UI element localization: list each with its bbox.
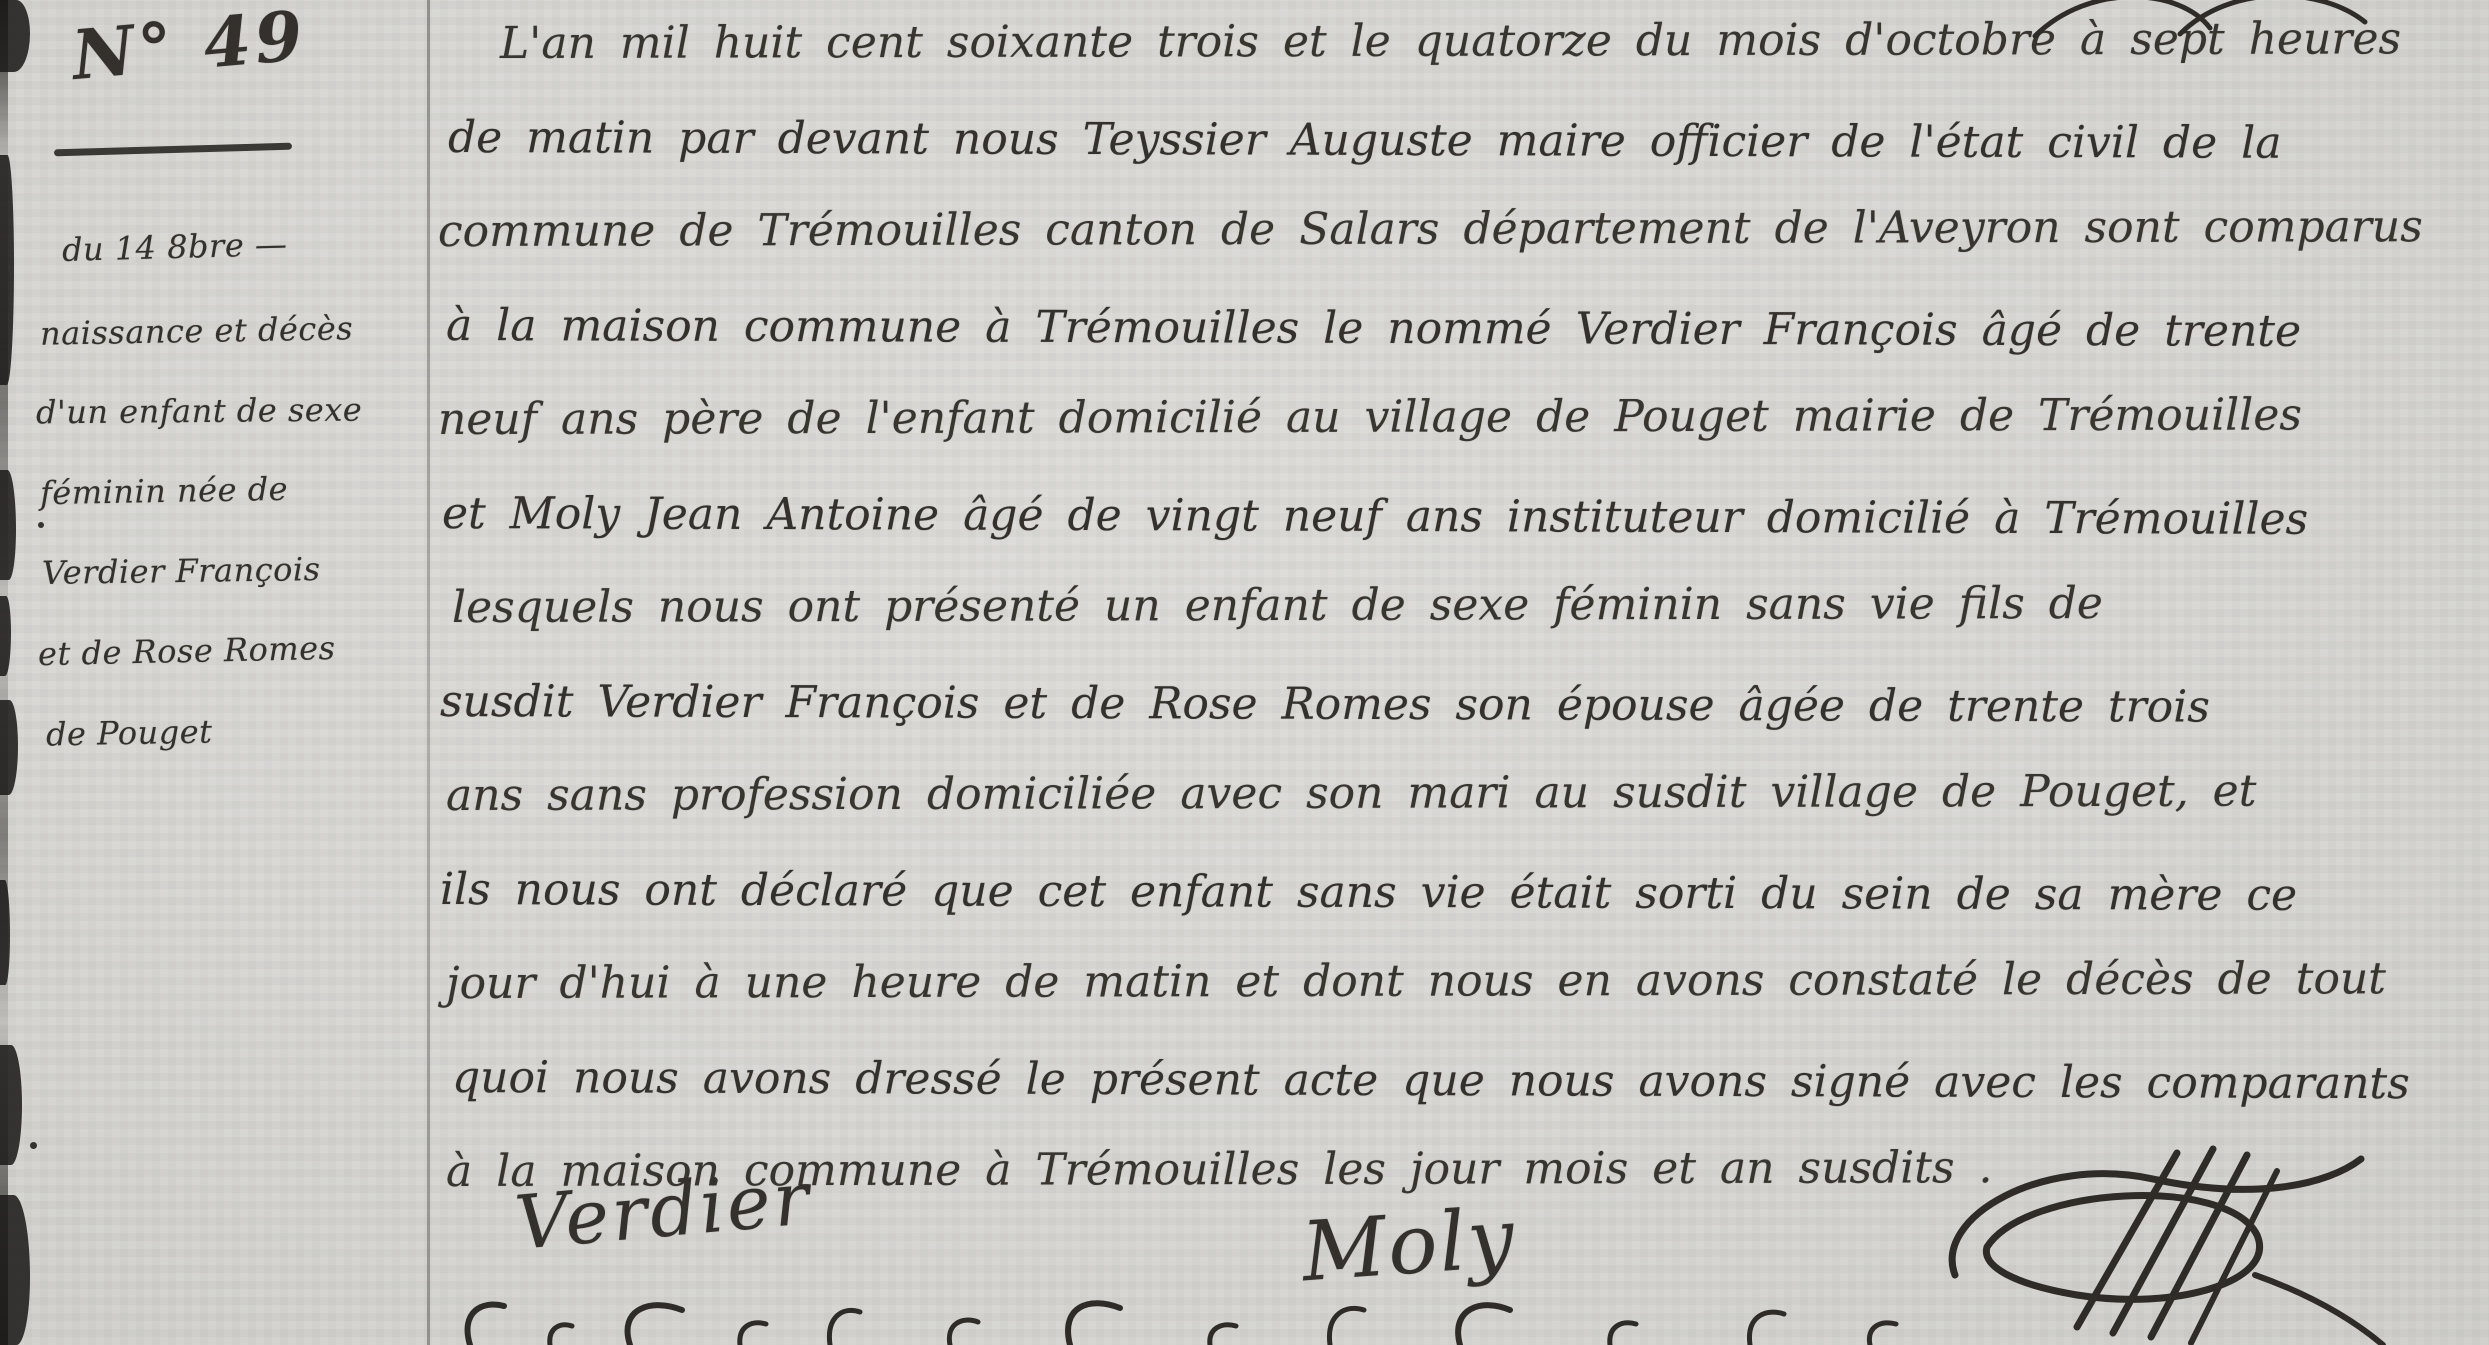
binding-ink-blob (0, 596, 11, 676)
margin-note: Verdier François (42, 550, 321, 592)
body-line: quoi nous avons dressé le présent acte q… (452, 1052, 2410, 1109)
margin-note: féminin née de (40, 470, 289, 512)
binding-ink-blob (0, 1045, 22, 1165)
margin-rule-line (427, 0, 430, 1345)
partial-next-line-strokes (430, 1298, 1930, 1345)
binding-ink-blob (0, 0, 30, 72)
margin-note: et de Rose Romes (38, 629, 336, 673)
margin-note: du 14 8bre — (62, 225, 288, 269)
margin-note: d'un enfant de sexe (36, 391, 363, 432)
document-page: N° 49 du 14 8bre — naissance et décès d'… (0, 0, 2489, 1345)
binding-ink-blob (0, 155, 14, 385)
binding-ink-blob (0, 1195, 30, 1345)
body-line: commune de Trémouilles canton de Salars … (438, 201, 2423, 257)
binding-ink-blob (0, 880, 10, 985)
body-line: neuf ans père de l'enfant domicilié au v… (438, 389, 2302, 445)
body-line: à la maison commune à Trémouilles le nom… (446, 300, 2301, 357)
margin-note: de Pouget (46, 713, 213, 754)
body-line: et Moly Jean Antoine âgé de vingt neuf a… (442, 488, 2308, 545)
body-line: jour d'hui à une heure de matin et dont … (446, 953, 2386, 1009)
top-edge-ink-fragment (2030, 0, 2370, 40)
binding-ink-blob (0, 470, 16, 580)
ink-speck (38, 522, 44, 528)
body-line: lesquels nous ont présenté un enfant de … (452, 578, 2103, 633)
binding-ink-blob (0, 700, 18, 795)
signature-moly: Moly (1299, 1191, 1519, 1301)
margin-note: naissance et décès (40, 309, 354, 352)
body-line: ils nous ont déclaré que cet enfant sans… (440, 864, 2297, 921)
signature-flourish (1925, 1125, 2395, 1345)
body-line: ans sans profession domiciliée avec son … (446, 766, 2256, 821)
body-line: susdit Verdier François et de Rose Romes… (440, 676, 2210, 733)
ink-speck (30, 1142, 37, 1149)
act-number: N° 49 (69, 0, 310, 96)
act-number-underline (54, 143, 292, 157)
body-line: de matin par devant nous Teyssier August… (448, 112, 2282, 169)
